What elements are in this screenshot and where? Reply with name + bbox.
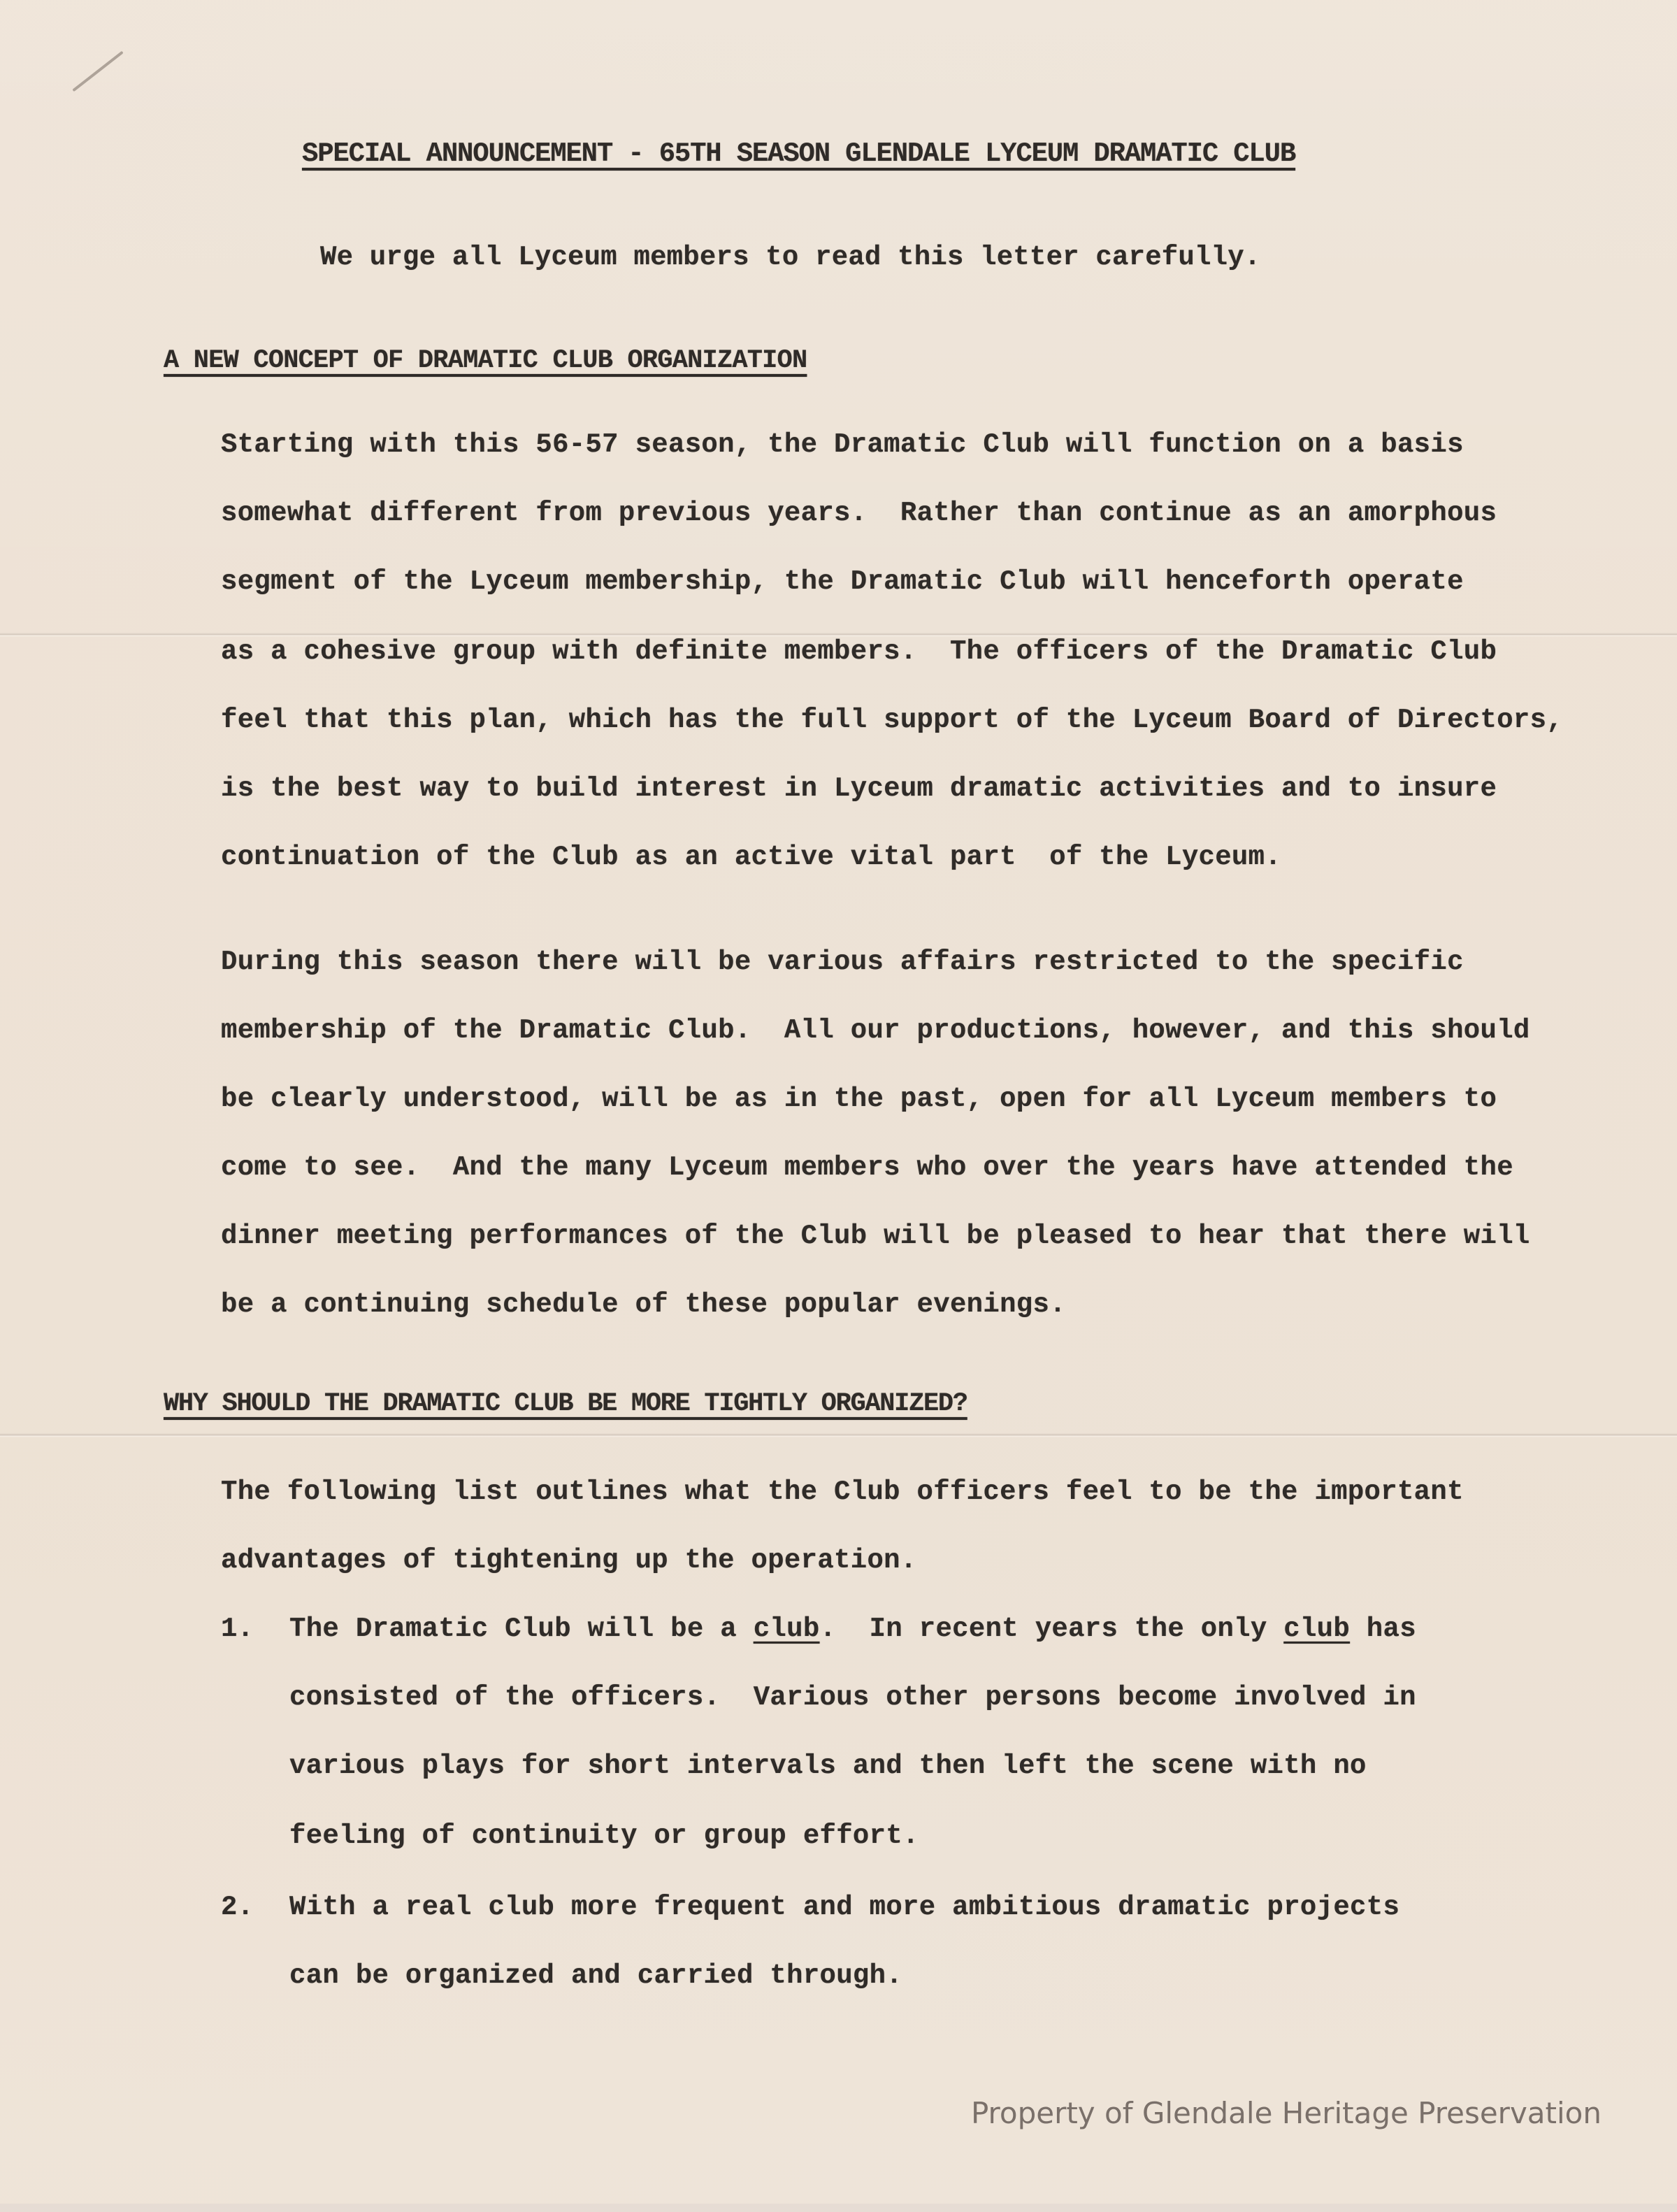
paragraph-line: be a continuing schedule of these popula… <box>221 1288 1066 1321</box>
underlined-word-club: club <box>754 1614 820 1644</box>
paragraph-line: somewhat different from previous years. … <box>221 496 1497 530</box>
section-heading-why-organized: WHY SHOULD THE DRAMATIC CLUB BE MORE TIG… <box>164 1387 967 1421</box>
section-heading-new-concept: A NEW CONCEPT OF DRAMATIC CLUB ORGANIZAT… <box>164 344 807 378</box>
paragraph-line: dinner meeting performances of the Club … <box>221 1219 1530 1253</box>
list-text: has <box>1350 1614 1416 1644</box>
list-line: can be organized and carried through. <box>289 1959 902 1992</box>
list-line: consisted of the officers. Various other… <box>289 1681 1416 1714</box>
paragraph-line: Starting with this 56-57 season, the Dra… <box>221 428 1464 461</box>
scanned-letter-page: SPECIAL ANNOUNCEMENT - 65TH SEASON GLEND… <box>0 0 1677 2212</box>
list-line: The Dramatic Club will be a club. In rec… <box>289 1612 1416 1646</box>
underlined-word-club: club <box>1283 1614 1350 1644</box>
paragraph-line: During this season there will be various… <box>221 945 1464 979</box>
paragraph-line: as a cohesive group with definite member… <box>221 635 1497 668</box>
paragraph-line: advantages of tightening up the operatio… <box>221 1544 917 1577</box>
list-line: feeling of continuity or group effort. <box>289 1819 919 1853</box>
paragraph-line: is the best way to build interest in Lyc… <box>221 772 1497 805</box>
paragraph-line: segment of the Lyceum membership, the Dr… <box>221 565 1464 598</box>
paragraph-line: come to see. And the many Lyceum members… <box>221 1151 1513 1184</box>
paper-mark <box>72 51 123 92</box>
page-bottom-edge <box>0 2204 1677 2212</box>
paragraph-line: continuation of the Club as an active vi… <box>221 840 1281 874</box>
intro-line: We urge all Lyceum members to read this … <box>320 240 1260 274</box>
list-text: . In recent years the only <box>820 1614 1284 1644</box>
paragraph-line: The following list outlines what the Clu… <box>221 1475 1464 1509</box>
ownership-watermark: Property of Glendale Heritage Preservati… <box>971 2096 1602 2130</box>
list-text: The Dramatic Club will be a <box>289 1614 754 1644</box>
list-line: With a real club more frequent and more … <box>289 1890 1399 1924</box>
paragraph-line: be clearly understood, will be as in the… <box>221 1082 1497 1116</box>
paragraph-line: feel that this plan, which has the full … <box>221 703 1563 737</box>
list-line: various plays for short intervals and th… <box>289 1749 1367 1783</box>
list-number: 1. <box>221 1612 254 1646</box>
paragraph-line: membership of the Dramatic Club. All our… <box>221 1014 1530 1047</box>
list-number: 2. <box>221 1890 254 1924</box>
document-title: SPECIAL ANNOUNCEMENT - 65TH SEASON GLEND… <box>302 137 1295 171</box>
fold-line-lower <box>0 1433 1677 1437</box>
